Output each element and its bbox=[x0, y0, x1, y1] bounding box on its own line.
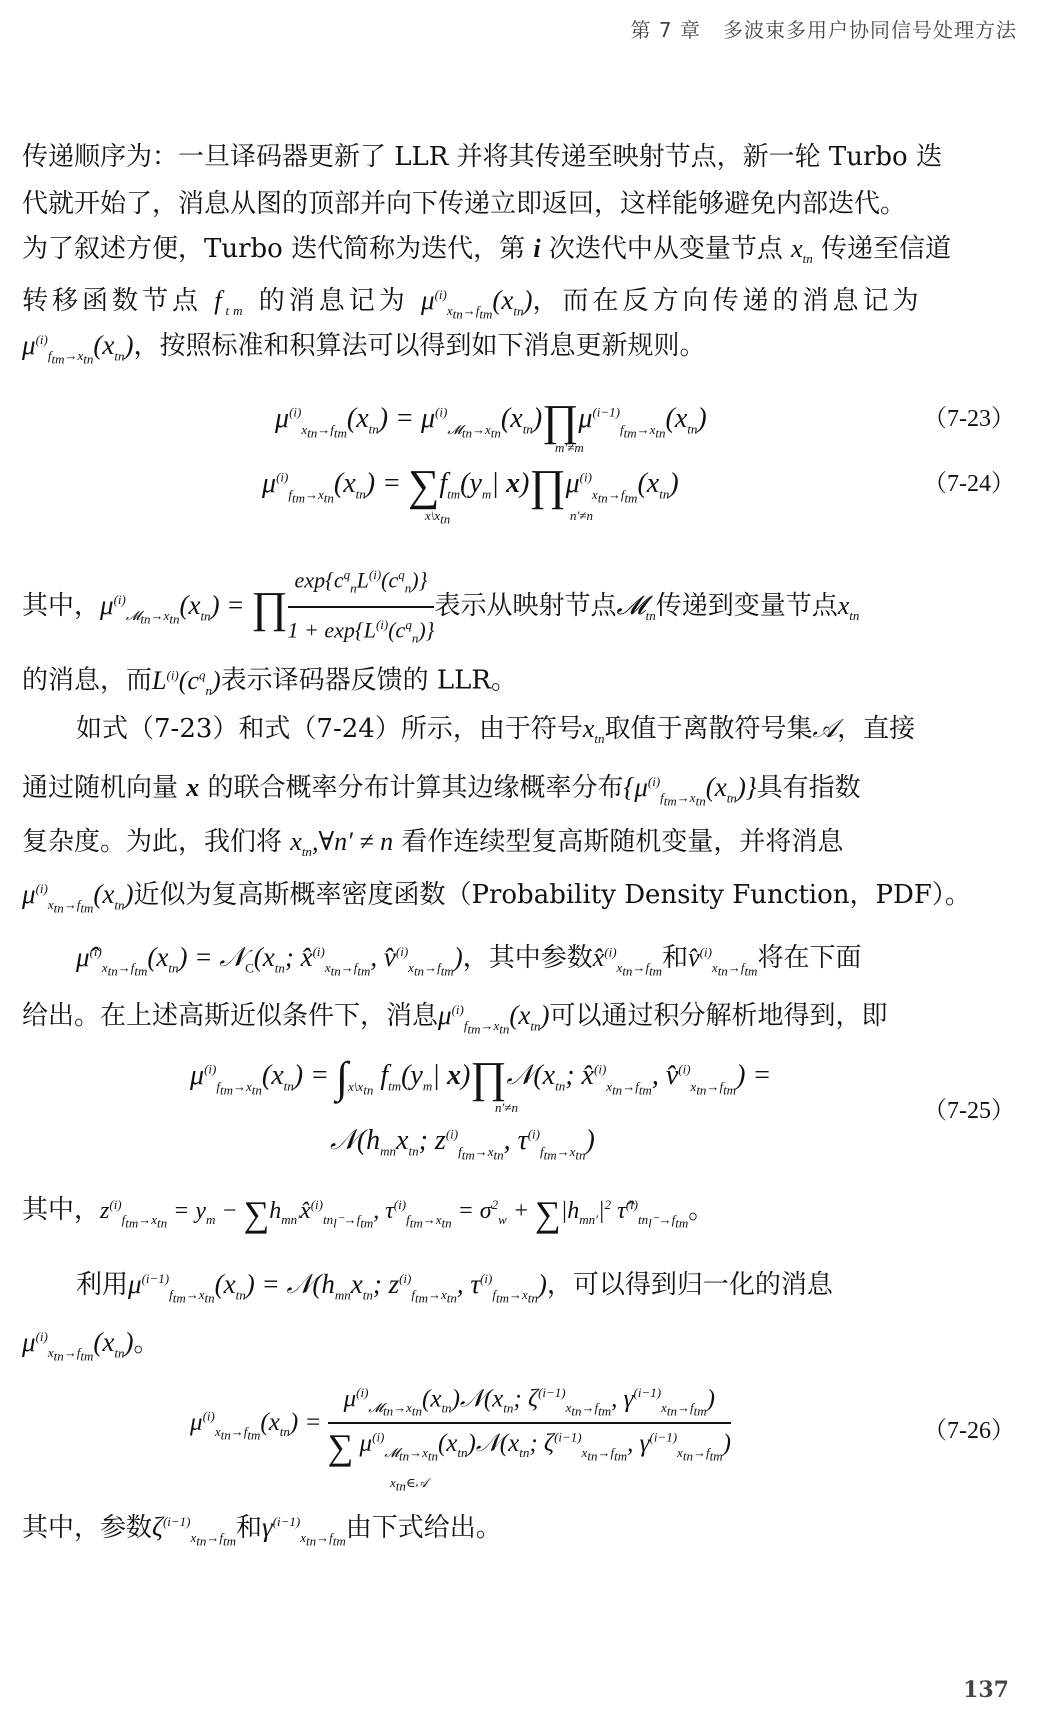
math-mu-f-to-x: μ(i)ftm→xtn(xtn) bbox=[438, 1000, 549, 1030]
text: 由下式给出。 bbox=[346, 1513, 502, 1543]
text-line: μ(i)xtn→ftm(xtn)近似为复高斯概率密度函数（Probability… bbox=[22, 872, 1015, 926]
text: 其中， bbox=[22, 591, 100, 621]
equation-number: （7-23） bbox=[923, 398, 1015, 433]
text: ，而在反方向传递的消息记为 bbox=[533, 286, 923, 316]
text: 给出。在上述高斯近似条件下，消息 bbox=[22, 1001, 438, 1031]
text: 其中， bbox=[22, 1195, 100, 1225]
math-x-tn: xtn bbox=[583, 714, 605, 743]
math-x-hat: x̂(i)xtn→ftm bbox=[593, 943, 662, 972]
equation-number: （7-24） bbox=[923, 463, 1015, 498]
sum-index: x\xtn bbox=[425, 508, 450, 528]
text: 将在下面 bbox=[757, 943, 861, 973]
chapter-title: 多波束多用户协同信号处理方法 bbox=[723, 18, 1017, 42]
text: ，其中参数 bbox=[463, 943, 593, 973]
equation-7-24: μ(i)ftm→xtn(xtn) = ∑ftm(ym| x)∏μ(i)xtn→f… bbox=[262, 460, 679, 511]
math-mu-hat: μ̂(i)xtn→ftm(xtn) = 𝒩C(xtn; x̂(i)xtn→ftm… bbox=[76, 942, 463, 972]
text-line: 其中，μ(i)𝓜tn→xtn(xtn) = ∏exp{cqnL(i)(cqn)}… bbox=[22, 560, 1015, 660]
math-mu-M-to-x: μ(i)𝓜tn→xtn(xtn) = ∏ bbox=[100, 590, 288, 620]
math-mu-x-to-f: μ(i)xtn→ftm(xtn) bbox=[22, 879, 133, 909]
text: 。 bbox=[133, 1328, 159, 1358]
text-line: 复杂度。为此，我们将 xtn,∀n′ ≠ n 看作连续型复高斯随机变量，并将消息 bbox=[22, 825, 1015, 869]
math-z-tau: z(i)ftm→xtn = ym − ∑hmn′x̂(i)tnl⁻→ftm, τ… bbox=[100, 1198, 688, 1224]
math-mu-x-to-f: μ(i)xtn→ftm(xtn) bbox=[421, 285, 532, 315]
math-mu-x-to-f: μ(i)xtn→ftm(xtn) bbox=[22, 1327, 133, 1357]
math-fraction: exp{cqnL(i)(cqn)}1 + exp{L(i)(cqn)} bbox=[288, 560, 435, 653]
math-x-tn: xtn bbox=[791, 234, 813, 263]
text-line: 代就开始了，消息从图的顶部并向下传递立即返回，这样能够避免内部迭代。 bbox=[22, 187, 1015, 221]
math-i: i bbox=[533, 234, 540, 263]
math-set-mu: {μ(i)ftm→xtn(xtn)} bbox=[624, 772, 757, 802]
text: 利用 bbox=[76, 1270, 128, 1300]
equation-number: （7-25） bbox=[923, 1090, 1015, 1125]
text: 可以通过积分解析地得到，即 bbox=[550, 1001, 888, 1031]
product-index: n′≠n bbox=[570, 508, 593, 524]
text: 复杂度。为此，我们将 bbox=[22, 827, 290, 857]
math-A: 𝒜 bbox=[813, 714, 838, 743]
text: 次迭代中从变量节点 bbox=[541, 234, 792, 264]
math-L-c: L(i)(cqn) bbox=[152, 666, 221, 695]
text: ，按照标准和积算法可以得到如下消息更新规则。 bbox=[133, 331, 705, 361]
math-x-tn: xtn bbox=[838, 591, 860, 620]
text: 和 bbox=[236, 1513, 262, 1543]
text: 的联合概率分布计算其边缘概率分布 bbox=[199, 773, 623, 803]
math-mu-prev: μ(i−1)ftm→xtn(xtn) = 𝒩(hmnxtn; z(i)ftm→x… bbox=[128, 1269, 547, 1299]
text: 表示从映射节点 bbox=[434, 591, 616, 621]
equation-7-25-line2: 𝒩(hmnxtn; z(i)ftm→xtn, τ(i)ftm→xtn) bbox=[330, 1125, 595, 1163]
product-index: n′≠n bbox=[495, 1100, 518, 1116]
equation-7-23: μ(i)xtn→ftm(xtn) = μ(i)𝓜tn→xtn(xtn)∏μ(i−… bbox=[275, 395, 707, 446]
math-M-tn: 𝓜tn bbox=[616, 591, 655, 620]
text: 表示译码器反馈的 LLR。 bbox=[221, 666, 517, 696]
text-line: 利用μ(i−1)ftm→xtn(xtn) = 𝒩(hmnxtn; z(i)ftm… bbox=[76, 1262, 1015, 1316]
text: 具有指数 bbox=[757, 773, 861, 803]
math-f-tm: ftm bbox=[214, 286, 246, 315]
text: 如式（7-23）和式（7-24）所示，由于符号 bbox=[76, 714, 583, 744]
text-line: 给出。在上述高斯近似条件下，消息μ(i)ftm→xtn(xtn)可以通过积分解析… bbox=[22, 993, 1015, 1047]
text-line: 为了叙述方便，Turbo 迭代简称为迭代，第 i 次迭代中从变量节点 xtn 传… bbox=[22, 232, 1015, 276]
text-line: 通过随机向量 x 的联合概率分布计算其边缘概率分布{μ(i)ftm→xtn(xt… bbox=[22, 765, 1015, 819]
text-line: 如式（7-23）和式（7-24）所示，由于符号xtn取值于离散符号集𝒜，直接 bbox=[76, 712, 1015, 756]
text: 近似为复高斯概率密度函数（Probability Density Functio… bbox=[133, 880, 970, 910]
text: 转移函数节点 bbox=[22, 286, 214, 316]
text-line: μ̂(i)xtn→ftm(xtn) = 𝒩C(xtn; x̂(i)xtn→ftm… bbox=[76, 935, 1015, 989]
math-x-vector: x bbox=[186, 773, 199, 802]
text: 为了叙述方便，Turbo 迭代简称为迭代，第 bbox=[22, 234, 533, 264]
text: 其中，参数 bbox=[22, 1513, 152, 1543]
text: ，可以得到归一化的消息 bbox=[547, 1270, 833, 1300]
text-line: μ(i)ftm→xtn(xtn)，按照标准和积算法可以得到如下消息更新规则。 bbox=[22, 323, 1015, 377]
text: 看作连续型复高斯随机变量，并将消息 bbox=[393, 827, 843, 857]
product-index: m′≠m bbox=[555, 440, 584, 456]
math-mu-f-to-x: μ(i)ftm→xtn(xtn) bbox=[22, 330, 133, 360]
text: 传递到变量节点 bbox=[656, 591, 838, 621]
page-number: 137 bbox=[963, 1677, 1009, 1703]
text-line: 传递顺序为：一旦译码器更新了 LLR 并将其传递至映射节点，新一轮 Turbo … bbox=[22, 140, 1015, 174]
text-line: 其中，z(i)ftm→xtn = ym − ∑hmn′x̂(i)tnl⁻→ftm… bbox=[22, 1188, 1015, 1240]
text: 。 bbox=[688, 1195, 714, 1225]
math-v-hat: v̂(i)xtn→ftm bbox=[688, 943, 757, 972]
math-forall: xtn,∀n′ ≠ n bbox=[290, 827, 393, 856]
text: ，直接 bbox=[837, 714, 915, 744]
text: 和 bbox=[662, 943, 688, 973]
text: 传递至信道 bbox=[813, 234, 951, 264]
text-line: 的消息，而L(i)(cqn)表示译码器反馈的 LLR。 bbox=[22, 658, 1015, 708]
math-gamma: γ(i−1)xtn→ftm bbox=[262, 1512, 346, 1542]
math-zeta: ζ(i−1)xtn→ftm bbox=[152, 1512, 236, 1542]
text: 通过随机向量 bbox=[22, 773, 186, 803]
sum-index: xtn∈𝒜 bbox=[390, 1475, 428, 1495]
text: 取值于离散符号集 bbox=[605, 714, 813, 744]
equation-7-26: μ(i)xtn→ftm(xtn) = μ(i)𝓜tn→xtn(xtn)𝒩(xtn… bbox=[190, 1385, 731, 1468]
equation-7-25-line1: μ(i)ftm→xtn(xtn) = ∫x\xtn ftm(ym| x)∏𝒩(x… bbox=[190, 1052, 771, 1103]
equation-number: （7-26） bbox=[923, 1410, 1015, 1445]
running-header: 第 7 章多波束多用户协同信号处理方法 bbox=[631, 14, 1017, 43]
text-line: μ(i)xtn→ftm(xtn)。 bbox=[22, 1320, 1015, 1374]
text: 的消息，而 bbox=[22, 666, 152, 696]
text: 的消息记为 bbox=[247, 286, 422, 316]
chapter-label: 第 7 章 bbox=[631, 18, 701, 42]
text-line: 其中，参数ζ(i−1)xtn→ftm和γ(i−1)xtn→ftm由下式给出。 bbox=[22, 1505, 1015, 1559]
